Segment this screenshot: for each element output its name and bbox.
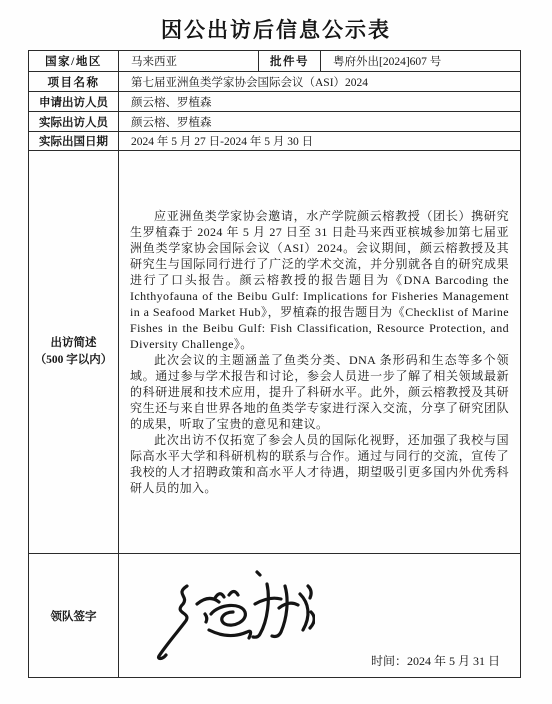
signature-area: 时间：2024 年 5 月 31 日	[119, 554, 520, 677]
actual-personnel-label: 实际出访人员	[29, 112, 119, 131]
table-row-project: 项目名称 第七届亚洲鱼类学家协会国际会议（ASI）2024	[29, 72, 520, 92]
signature-date: 时间：2024 年 5 月 31 日	[371, 652, 500, 669]
approval-number-value: 粤府外出[2024]607 号	[321, 51, 520, 71]
scanned-form-page: 因公出访后信息公示表 国家/地区 马来西亚 批件号 粤府外出[2024]607 …	[0, 0, 552, 704]
table-row-actual-personnel: 实际出访人员 颜云榕、罗植森	[29, 112, 520, 132]
project-name-label: 项目名称	[29, 72, 119, 91]
summary-paragraph: 此次出访不仅拓宽了参会人员的国际化视野，还加强了我校与国际高水平大学和科研机构的…	[130, 432, 509, 496]
summary-label-line1: 出访简述	[51, 335, 97, 352]
country-label: 国家/地区	[29, 51, 119, 71]
handwritten-signature-image	[145, 568, 315, 668]
summary-paragraph: 此次会议的主题涵盖了鱼类分类、DNA 条形码和生态等多个领域。通过参与学术报告和…	[130, 352, 509, 432]
summary-content: 应亚洲鱼类学家协会邀请，水产学院颜云榕教授（团长）携研究生罗植森于 2024 年…	[119, 151, 520, 553]
approval-number-label: 批件号	[259, 51, 321, 71]
applied-personnel-value: 颜云榕、罗植森	[119, 92, 520, 111]
table-row-country: 国家/地区 马来西亚 批件号 粤府外出[2024]607 号	[29, 51, 520, 72]
summary-text: 应亚洲鱼类学家协会邀请，水产学院颜云榕教授（团长）携研究生罗植森于 2024 年…	[130, 208, 509, 496]
info-table: 国家/地区 马来西亚 批件号 粤府外出[2024]607 号 项目名称 第七届亚…	[28, 50, 521, 678]
table-row-travel-dates: 实际出国日期 2024 年 5 月 27 日-2024 年 5 月 30 日	[29, 132, 520, 151]
table-row-signature: 领队签字	[29, 554, 520, 677]
actual-personnel-value: 颜云榕、罗植森	[119, 112, 520, 131]
travel-dates-value: 2024 年 5 月 27 日-2024 年 5 月 30 日	[119, 132, 520, 150]
summary-paragraph: 应亚洲鱼类学家协会邀请，水产学院颜云榕教授（团长）携研究生罗植森于 2024 年…	[130, 208, 509, 352]
page-title: 因公出访后信息公示表	[0, 14, 552, 44]
applied-personnel-label: 申请出访人员	[29, 92, 119, 111]
table-row-summary: 出访简述 （500 字以内） 应亚洲鱼类学家协会邀请，水产学院颜云榕教授（团长）…	[29, 151, 520, 554]
travel-dates-label: 实际出国日期	[29, 132, 119, 150]
country-value: 马来西亚	[119, 51, 259, 71]
table-row-applied-personnel: 申请出访人员 颜云榕、罗植森	[29, 92, 520, 112]
summary-label-line2: （500 字以内）	[35, 352, 113, 369]
leader-signature-label: 领队签字	[29, 554, 119, 677]
summary-label: 出访简述 （500 字以内）	[29, 151, 119, 553]
project-name-value: 第七届亚洲鱼类学家协会国际会议（ASI）2024	[119, 72, 520, 91]
